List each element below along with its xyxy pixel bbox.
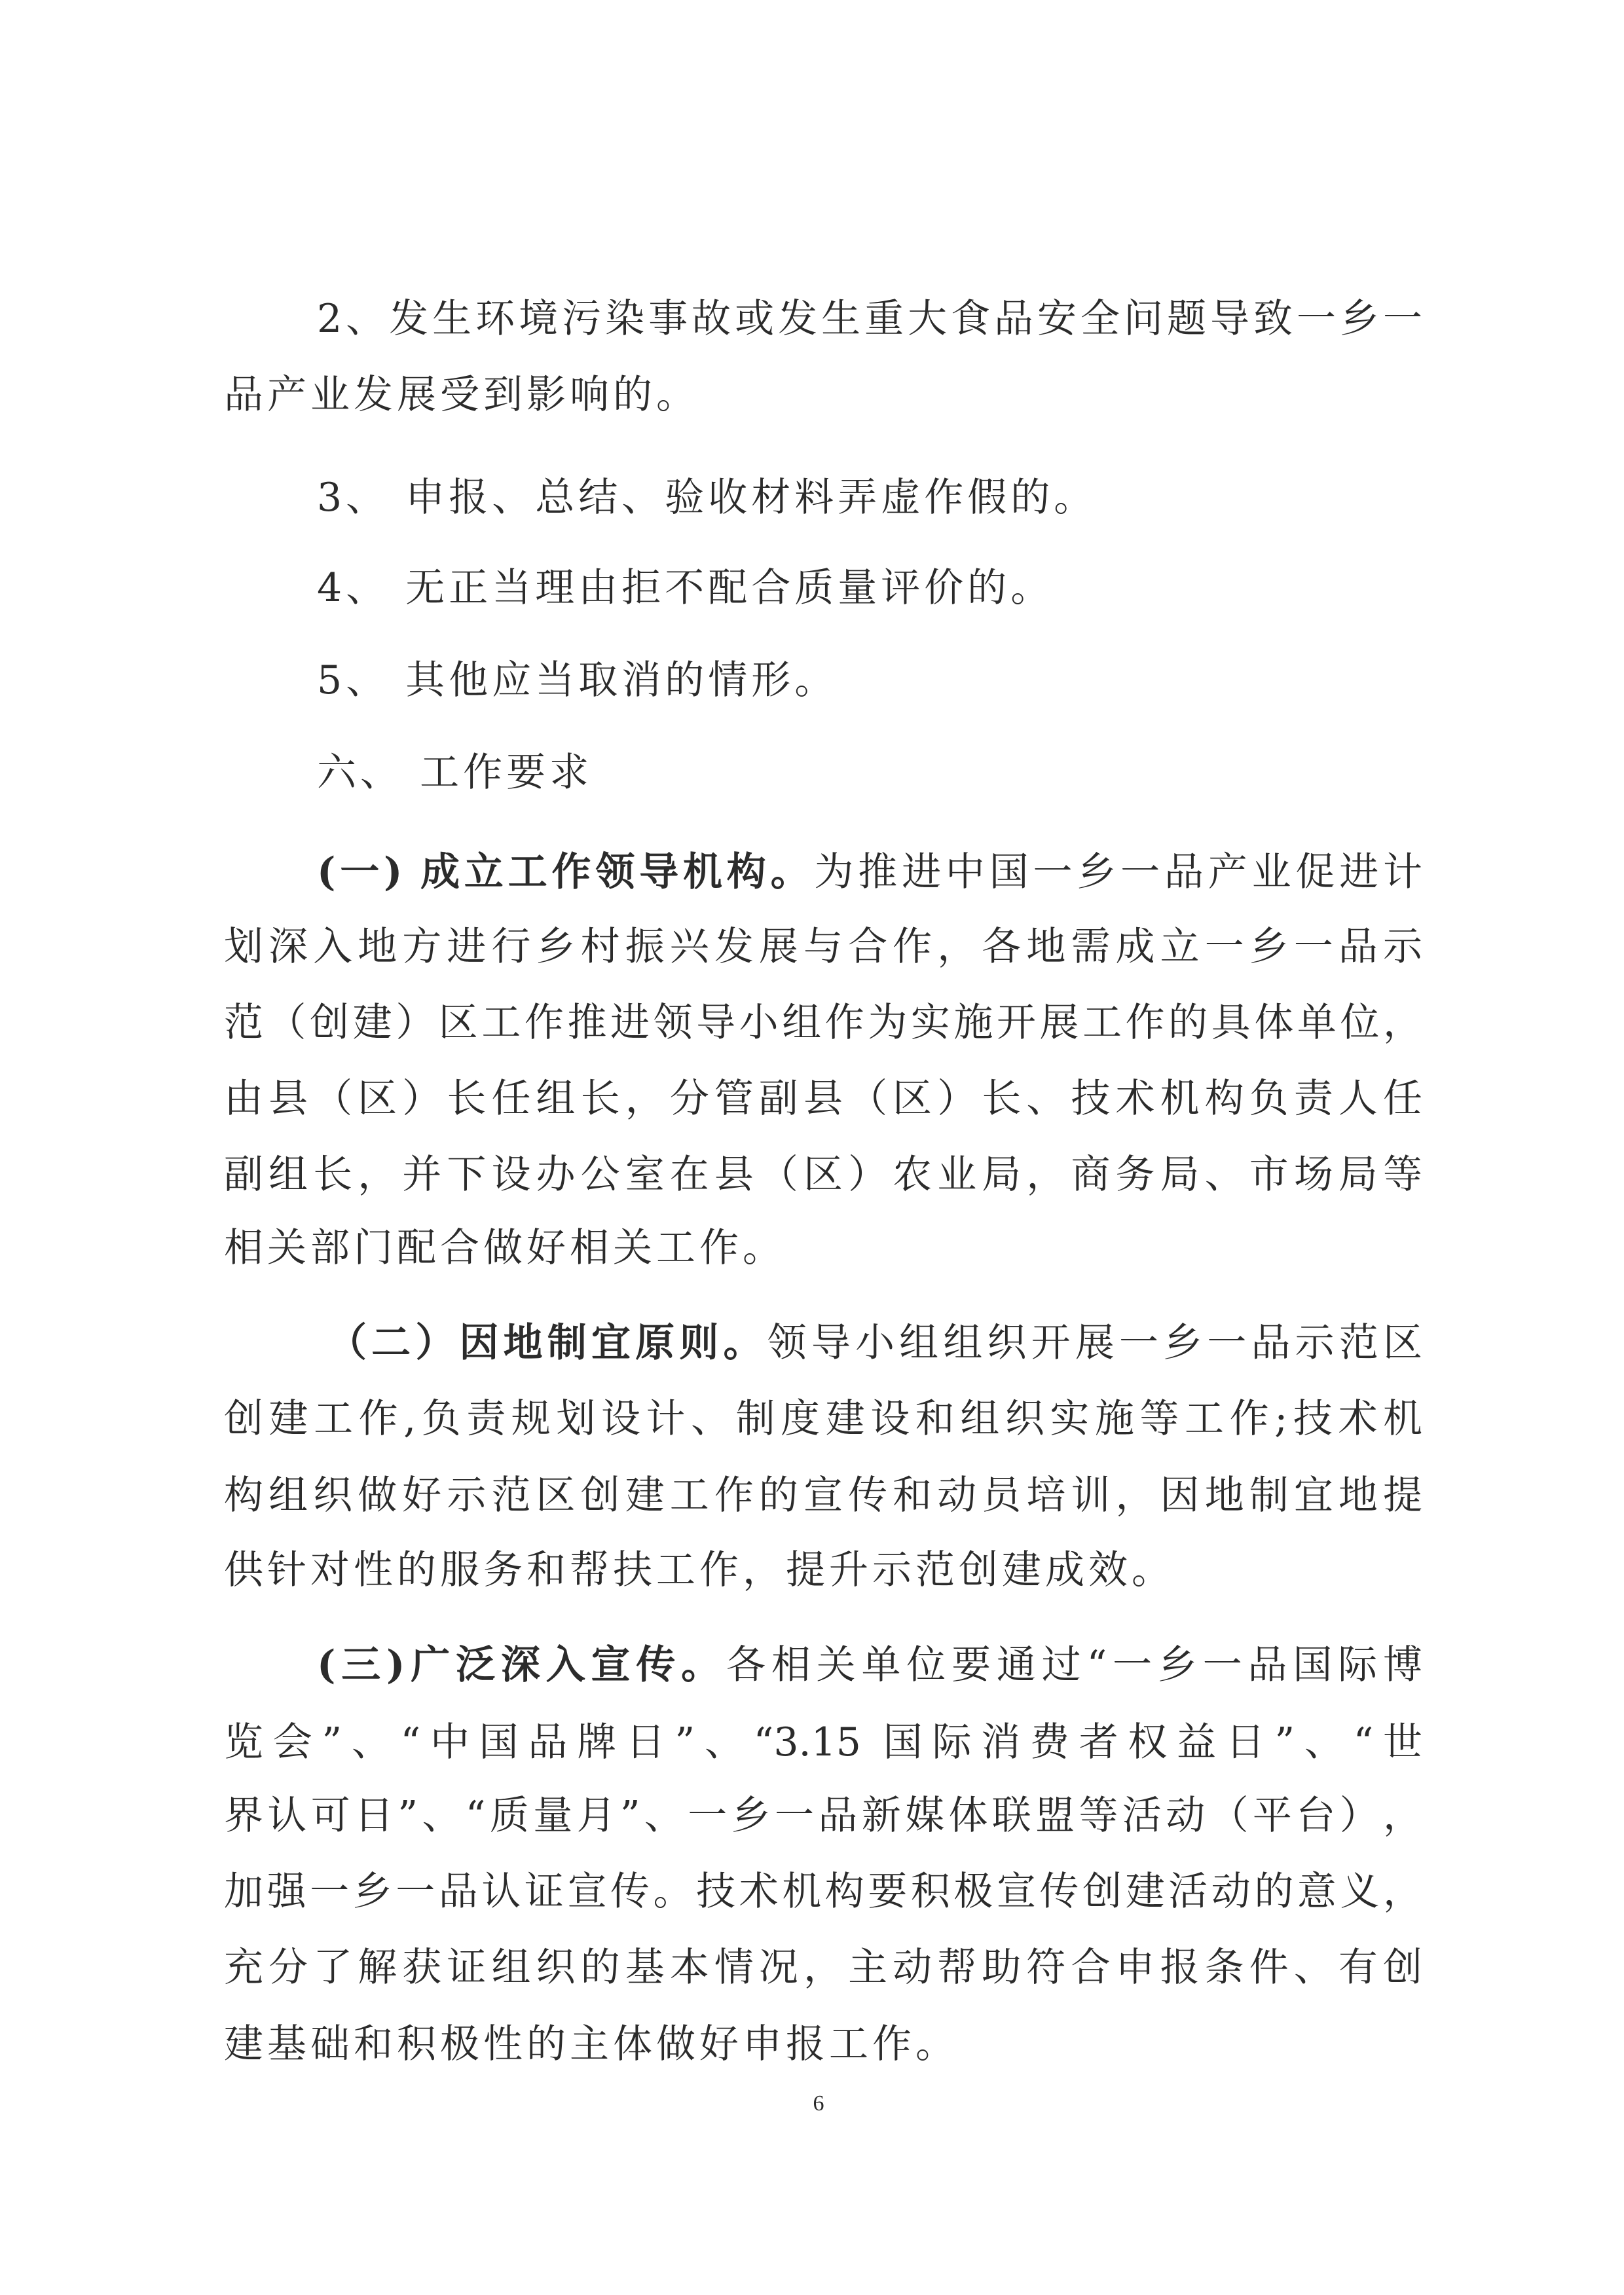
section-heading: 六、 工作要求 bbox=[317, 743, 1422, 802]
subsection-1-line1-rest: 为​推​进​中​国​一​乡​一​品​产​业​促​进​计 bbox=[814, 849, 1422, 895]
document-page: 2​、​发​生​环​境​污​染​事​故​或​发​生​重​大​食​品​安​全​问​… bbox=[0, 0, 1624, 2295]
subsection-3-line1-rest: 各​相​关​单​位​要​通​过​“​一​乡​一​品​国​际​博 bbox=[726, 1642, 1422, 1688]
subsection-2-line1-rest: 领​导​小​组​组​织​开​展​一​乡​一​品​示​范​区 bbox=[767, 1320, 1422, 1366]
subsection-1-first-line: (​一​)​ ​成​立​工​作​领​导​机​构​。为​推​进​中​国​一​乡​一… bbox=[317, 843, 1422, 902]
subsection-2-line-4: 供针对性的服务和帮扶工作，提升示范创建成效。 bbox=[224, 1541, 1422, 1600]
page-number: 6 bbox=[805, 2089, 832, 2119]
subsection-3-heading: (​三​)​广​泛​深​入​宣​传​。 bbox=[317, 1642, 726, 1688]
subsection-2-heading: （​二​）​因​地​制​宜​原​则​。 bbox=[327, 1320, 767, 1366]
subsection-1-line-4: 由​县​（​区​）​长​任​组​长​，​分​管​副​县​（​区​）​长​、​技​… bbox=[224, 1069, 1422, 1128]
subsection-3-first-line: (​三​)​广​泛​深​入​宣​传​。各​相​关​单​位​要​通​过​“​一​乡… bbox=[317, 1636, 1422, 1695]
list-item-3: 3、 申报、总结、验收材料弄虚作假的。 bbox=[317, 468, 1422, 527]
subsection-3-line-3: 界​认​可​日​”​、​“​质​量​月​”​、​一​乡​一​品​新​媒​体​联​… bbox=[224, 1786, 1422, 1845]
list-item-2-line-2: 品产业发展受到影响的。 bbox=[224, 365, 1422, 424]
list-item-2-line-1: 2​、​发​生​环​境​污​染​事​故​或​发​生​重​大​食​品​安​全​问​… bbox=[317, 289, 1422, 348]
subsection-2-line-2: 创​建​工​作​,​负​责​规​划​设​计​、​制​度​建​设​和​组​织​实​… bbox=[224, 1389, 1422, 1448]
subsection-3-line-4: 加​强​一​乡​一​品​认​证​宣​传​。​技​术​机​构​要​积​极​宣​传​… bbox=[224, 1862, 1422, 1921]
subsection-1-line-2: 划​深​入​地​方​进​行​乡​村​振​兴​发​展​与​合​作​，​各​地​需​… bbox=[224, 917, 1422, 976]
subsection-1-line-3: 范​（​创​建​）​区​工​作​推​进​领​导​小​组​作​为​实​施​开​展​… bbox=[224, 993, 1422, 1052]
list-item-4: 4、 无正当理由拒不配合质量评价的。 bbox=[317, 559, 1422, 617]
subsection-3-line-6: 建基础和积极性的主体做好申报工作。 bbox=[224, 2015, 1422, 2074]
list-item-5: 5、 其他应当取消的情形。 bbox=[317, 651, 1422, 710]
subsection-2-first-line: （​二​）​因​地​制​宜​原​则​。领​导​小​组​组​织​开​展​一​乡​一… bbox=[327, 1313, 1422, 1372]
subsection-3-line-5: 充​分​了​解​获​证​组​织​的​基​本​情​况​，​主​动​帮​助​符​合​… bbox=[224, 1938, 1422, 1997]
subsection-3-line-2: 览​会​”​、​“​中​国​品​牌​日​”​、​“​3​.​1​5​ ​国​际​… bbox=[224, 1713, 1422, 1772]
subsection-1-heading: (​一​)​ ​成​立​工​作​领​导​机​构​。 bbox=[317, 849, 814, 895]
subsection-1-line-6: 相关部门配合做好相关工作。 bbox=[224, 1219, 1422, 1277]
subsection-2-line-3: 构​组​织​做​好​示​范​区​创​建​工​作​的​宣​传​和​动​员​培​训​… bbox=[224, 1466, 1422, 1525]
subsection-1-line-5: 副​组​长​，​并​下​设​办​公​室​在​县​（​区​）​农​业​局​，​商​… bbox=[224, 1145, 1422, 1204]
